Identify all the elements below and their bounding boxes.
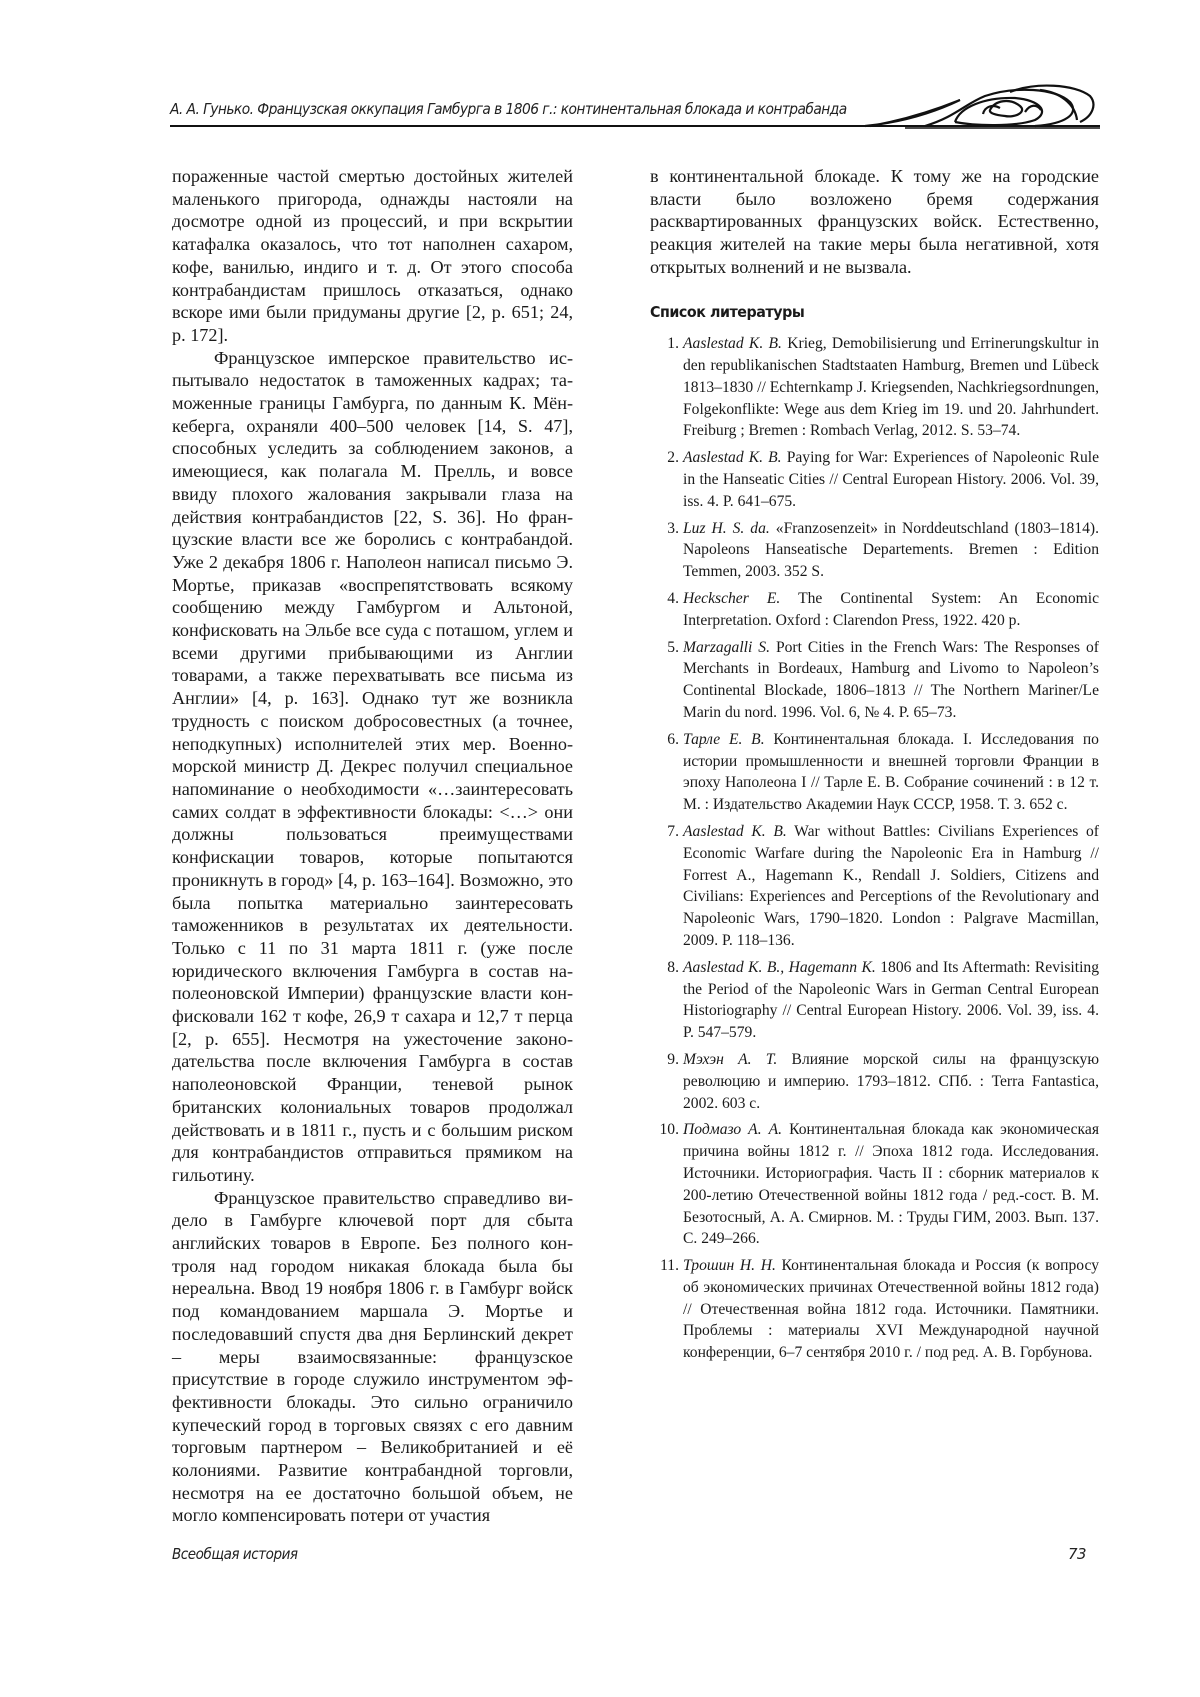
running-header: А. А. Гунько. Французская оккупация Гамб…	[170, 90, 1100, 130]
reference-number: 1.	[650, 333, 679, 355]
reference-text: War without Battles: Civilians Experienc…	[683, 823, 1099, 949]
reference-item: 11.Трошин Н. Н. Континентальная блокада …	[650, 1255, 1099, 1364]
reference-item: 6.Тарле Е. В. Континентальная блокада. I…	[650, 729, 1099, 816]
reference-author: Трошин Н. Н.	[683, 1257, 776, 1274]
reference-author: Тарле Е. В.	[683, 731, 765, 748]
paragraph: Французское правительство справедливо ви…	[172, 1187, 573, 1528]
reference-number: 9.	[650, 1049, 679, 1071]
reference-author: Marzagalli S.	[683, 639, 770, 656]
reference-author: Aaslestad K. B.	[683, 823, 787, 840]
right-column: в континентальной блокаде. К тому же на …	[650, 165, 1099, 1369]
reference-number: 7.	[650, 821, 679, 843]
reference-author: Aaslestad K. B.	[683, 449, 782, 466]
reference-author: Подмазо А. А.	[683, 1121, 782, 1138]
reference-item: 9.Мэхэн А. Т. Влияние морской силы на фр…	[650, 1049, 1099, 1114]
reference-author: Мэхэн А. Т.	[683, 1051, 777, 1068]
reference-item: 10.Подмазо А. А. Континентальная блокада…	[650, 1119, 1099, 1250]
reference-item: 8.Aaslestad K. B., Hagemann K. 1806 and …	[650, 957, 1099, 1044]
references-list: 1.Aaslestad K. B. Krieg, Demobilisierung…	[650, 333, 1099, 1364]
reference-number: 11.	[650, 1255, 679, 1277]
reference-author: Aaslestad K. B., Hagemann K.	[683, 959, 876, 976]
page-number: 73	[1068, 1545, 1086, 1563]
references-heading: Список литературы	[650, 301, 1063, 324]
reference-item: 7.Aaslestad K. B. War without Battles: C…	[650, 821, 1099, 952]
reference-author: Heckscher E.	[683, 590, 780, 607]
journal-name: Всеобщая история	[172, 1545, 298, 1563]
paragraph: в континентальной блокаде. К тому же на …	[650, 165, 1099, 279]
reference-number: 5.	[650, 637, 679, 659]
reference-item: 5.Marzagalli S. Port Cities in the Frenc…	[650, 637, 1099, 724]
reference-number: 4.	[650, 588, 679, 610]
reference-item: 3.Luz H. S. da. «Franzosenzeit» in Nordd…	[650, 518, 1099, 583]
reference-author: Luz H. S. da.	[683, 520, 770, 537]
reference-number: 3.	[650, 518, 679, 540]
reference-number: 2.	[650, 447, 679, 469]
reference-number: 10.	[650, 1119, 679, 1141]
paragraph: Французское имперское правительство ис­п…	[172, 347, 573, 1187]
reference-text: Континентальная блокада как эконо­мическ…	[683, 1121, 1099, 1247]
paragraph: пораженные частой смертью достойных жите…	[172, 165, 573, 347]
art-nouveau-ornament-icon	[865, 82, 1100, 130]
reference-item: 1.Aaslestad K. B. Krieg, Demobilisierung…	[650, 333, 1099, 442]
reference-item: 4.Heckscher E. The Continental System: A…	[650, 588, 1099, 632]
reference-item: 2.Aaslestad K. B. Paying for War: Experi…	[650, 447, 1099, 512]
reference-number: 6.	[650, 729, 679, 751]
left-column: пораженные частой смертью достойных жите…	[172, 165, 573, 1527]
reference-number: 8.	[650, 957, 679, 979]
running-title: А. А. Гунько. Французская оккупация Гамб…	[170, 100, 847, 118]
reference-author: Aaslestad K. B.	[683, 335, 782, 352]
